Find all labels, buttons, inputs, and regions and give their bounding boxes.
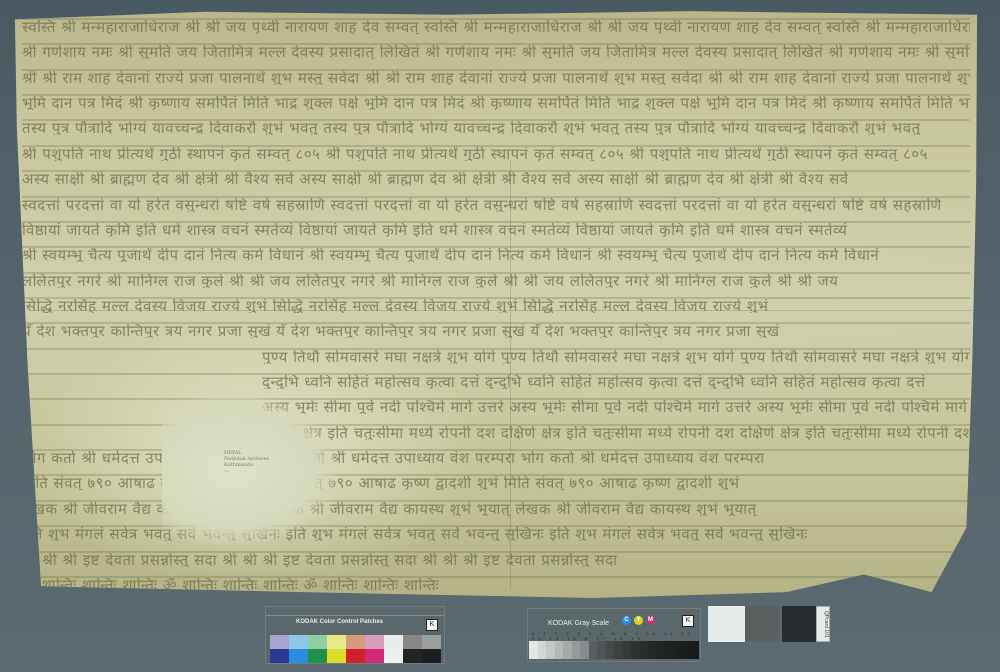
color-patch-black [422,635,441,649]
manuscript-line: विष्ठायां जायते कृमि इति धर्म शास्त्र वच… [22,221,970,237]
color-patches [270,635,441,663]
paper-fold-crease [510,160,511,590]
kodak-logo-icon: K [426,619,438,631]
color-patch-yellow [327,635,346,649]
color-patch-cyan [289,635,308,649]
gray-step [597,641,606,659]
gray-card-swatch [745,606,779,642]
gray-step [546,641,555,659]
color-patch-3-color [403,635,422,649]
gray-reference-card: QPcard 101 [708,606,830,642]
gray-step [580,641,589,659]
ruler-scale [266,609,444,616]
gray-step [631,641,640,659]
gray-step [555,641,564,659]
color-patch-magenta [365,649,384,663]
gray-step [563,641,572,659]
gray-step [682,641,691,659]
manuscript-document: स्वस्ति श्री मन्महाराजाधिराज श्री श्री ज… [12,10,980,598]
gray-card-label: QPcard 101 [816,606,830,642]
gray-step [529,641,538,659]
gray-card-swatch [708,606,745,642]
manuscript-line: तस्य पुत्र पौत्रादि भोग्यं यावच्चन्द्र द… [22,119,970,135]
manuscript-line: येँ देश भक्तपुर कान्तिपुर त्रय नगर प्रजा… [22,322,970,338]
gray-scale-strip [529,641,699,659]
kodak-color-card: KODAK Color Control Patches K [265,606,445,664]
manuscript-line: श्री पशुपति नाथ प्रीत्यर्थं गुठी स्थापनं… [22,145,970,161]
manuscript-line: पुण्य तिथौ सोमवासरे मघा नक्षत्रे शुभ योग… [22,348,970,364]
color-patch-white [384,649,403,663]
manuscript-line: ललितपुर नगरे श्री मानिग्ल राज कुले श्री … [22,272,970,288]
color-patch-magenta [365,635,384,649]
gray-step [614,641,623,659]
cmy-dot-y: Y [634,616,643,625]
color-patch-blue [270,635,289,649]
manuscript-line: दुन्दुभि ध्वनि सहितं महोत्सव कृत्वा दत्त… [22,373,970,389]
manuscript-line: श्री स्वयम्भू चैत्य पूजार्थं दीप दानं नि… [22,246,970,262]
manuscript-line: स्वदत्तां परदत्तां वा यो हरेत वसुन्धरां … [22,196,970,212]
manuscript-line: श्री श्री राम शाह देवानां राज्ये प्रजा प… [22,69,970,85]
archive-stamp: NEPALNational ArchivesKathmandu... [224,450,269,474]
gray-step [572,641,581,659]
color-patch-white [384,635,403,649]
gray-step-labels: A 1 2 3 4 5 6 M 8 9 10 11 12 13 14 15 B … [532,631,700,641]
gray-step [657,641,666,659]
stamp-line: ... [224,468,269,474]
gray-card-swatch [782,606,816,642]
color-patch-green [308,649,327,663]
gray-step [589,641,598,659]
gray-step [606,641,615,659]
color-patch-red [346,649,365,663]
gray-step [665,641,674,659]
gray-step [691,641,700,659]
kodak-gray-scale-card: KODAK Gray Scale CYM K A 1 2 3 4 5 6 M 8… [527,608,701,662]
color-patch-3-color [403,649,422,663]
color-patch-green [308,635,327,649]
gray-step [538,641,547,659]
gray-step [648,641,657,659]
manuscript-line: स्वस्ति श्री मन्महाराजाधिराज श्री श्री ज… [22,18,970,34]
gray-step [640,641,649,659]
color-patch-yellow [327,649,346,663]
color-card-title: KODAK Color Control Patches [296,619,383,625]
paper-fold-crease [32,310,972,311]
kodak-logo-icon: K [682,615,694,627]
color-patch-blue [270,649,289,663]
color-patch-black [422,649,441,663]
color-patch-red [346,635,365,649]
cmy-dot-m: M [646,616,655,625]
manuscript-line: श्री श्री श्री इष्ट देवता प्रसन्नोस्तु स… [22,551,970,567]
manuscript-line: अस्य साक्षी श्री ब्राह्मण देव श्री क्षेत… [22,170,970,186]
cmy-dot-c: C [622,616,631,625]
manuscript-line: भूमि दान पत्र मिदं श्री कृष्णाय समर्पितं… [22,94,970,110]
gray-step [674,641,683,659]
gray-scale-title: KODAK Gray Scale [548,620,609,627]
color-patch-cyan [289,649,308,663]
gray-step [623,641,632,659]
manuscript-line: ॐ शान्तिः शान्तिः शान्तिः ॐ शान्तिः शान्… [22,576,970,592]
manuscript-line: श्री गणेशाय नमः श्री सुमति जय जितामित्र … [22,43,970,59]
